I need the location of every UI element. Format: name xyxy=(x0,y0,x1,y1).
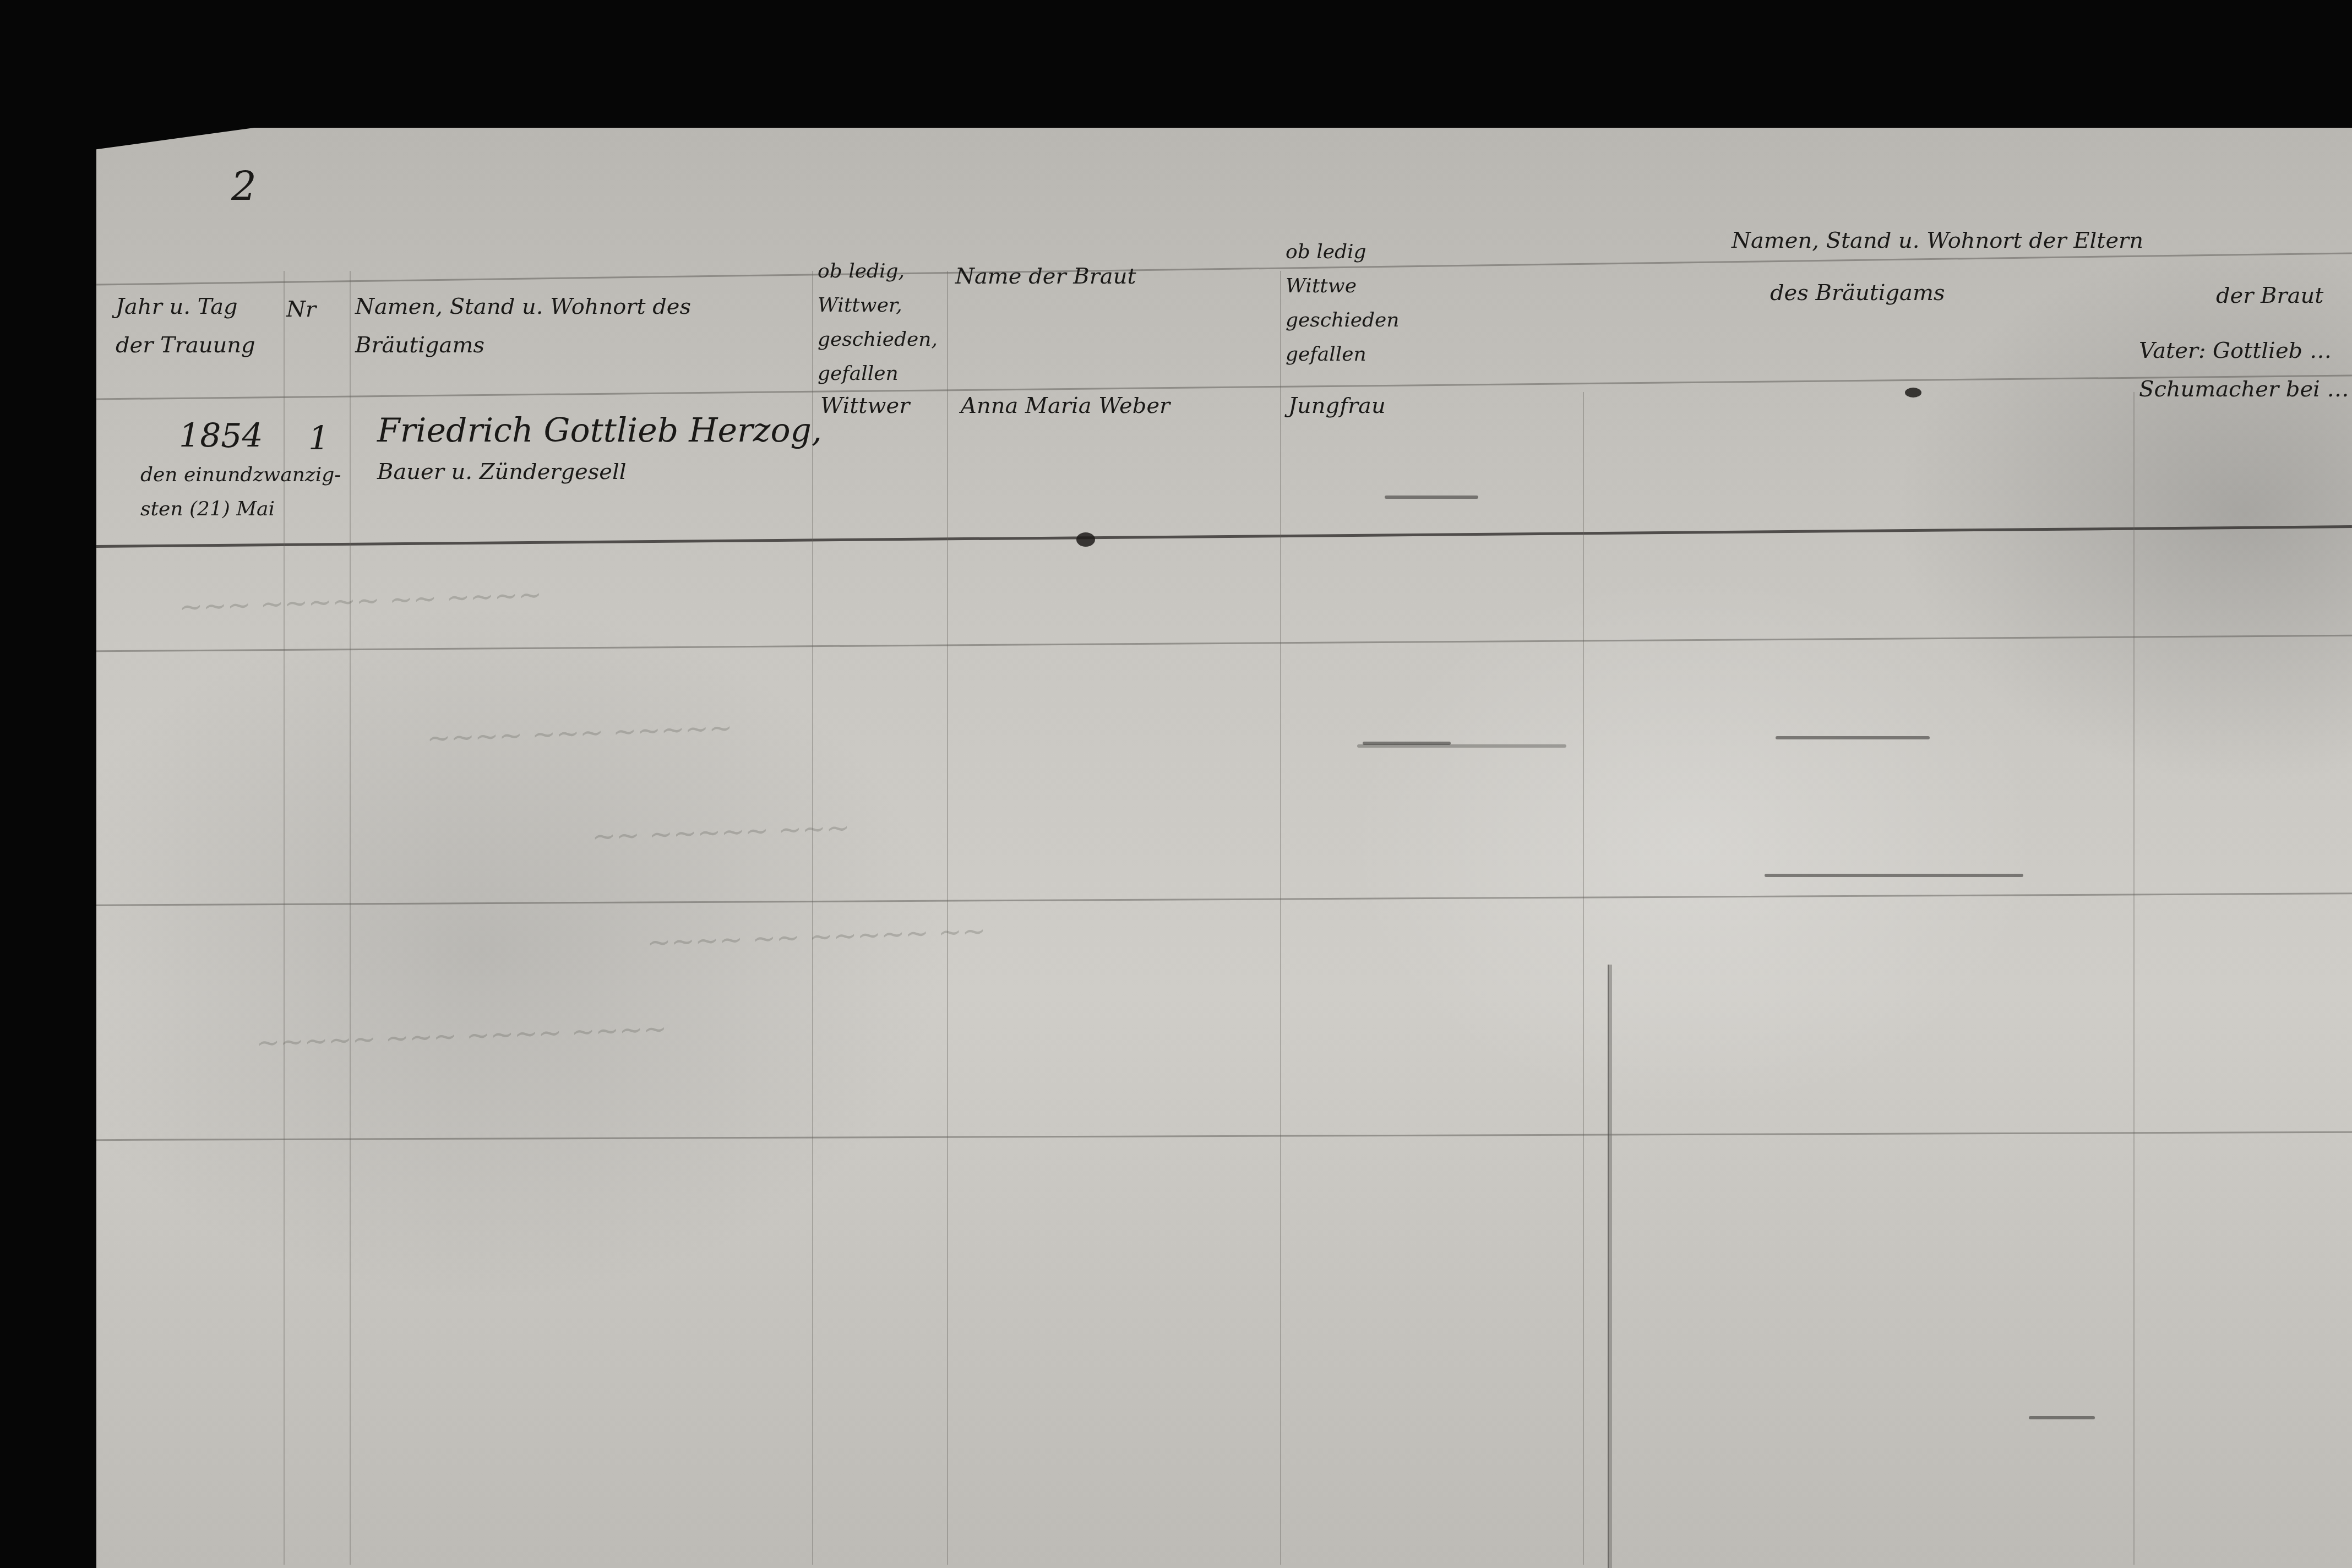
header-groom-parents: des Bräutigams xyxy=(1770,274,1945,312)
ink-dash xyxy=(1385,496,1478,499)
column-divider xyxy=(1280,271,1281,1565)
entry-bride-parents: Vater: Gottlieb … Schumacher bei … xyxy=(2139,331,2349,409)
page-number: 2 xyxy=(231,164,257,210)
page-fold xyxy=(1608,965,1612,1568)
ink-blot xyxy=(1905,388,1921,398)
row-rule xyxy=(96,1131,2352,1141)
bleed-through-text: ~~~ ~~~~~ ~~ ~~~~ xyxy=(178,579,542,624)
entry-bride-status: Jungfrau xyxy=(1288,386,1386,425)
column-divider xyxy=(350,271,351,1565)
bleed-through-text: ~~~~~ ~~~ ~~~~ ~~~~ xyxy=(255,1012,667,1060)
header-bride: Name der Braut xyxy=(955,257,1136,296)
ink-dash xyxy=(1776,736,1930,739)
header-groom-status: ob ledig, Wittwer, geschieden, gefallen xyxy=(818,254,938,391)
column-divider xyxy=(2133,392,2135,1565)
bleed-through-text: ~~~~ ~~ ~~~~~ ~~ xyxy=(646,914,987,959)
ink-blot xyxy=(1076,532,1095,547)
entry-bottom-rule xyxy=(96,525,2352,548)
entry-groom-status: Wittwer xyxy=(820,386,910,425)
header-date: Jahr u. Tag der Trauung xyxy=(116,287,255,364)
header-bride-parents: der Braut xyxy=(2216,276,2323,315)
column-divider xyxy=(1583,392,1584,1565)
photograph-frame: 2 Jahr u. Tag der Trauung Nr Namen, Stan… xyxy=(0,0,2352,1568)
row-rule xyxy=(96,635,2352,652)
header-number: Nr xyxy=(286,290,316,329)
header-groom: Namen, Stand u. Wohnort des Bräutigams xyxy=(355,287,691,364)
entry-number: 1 xyxy=(308,417,329,461)
header-bottom-rule xyxy=(96,375,2352,400)
entry-groom: Friedrich Gottlieb Herzog, Bauer u. Zünd… xyxy=(377,409,822,491)
header-parents-group: Namen, Stand u. Wohnort der Eltern xyxy=(1732,221,2143,260)
register-page: 2 Jahr u. Tag der Trauung Nr Namen, Stan… xyxy=(96,128,2352,1568)
row-rule xyxy=(96,892,2352,906)
entry-bride: Anna Maria Weber xyxy=(961,386,1170,425)
bleed-through-text: ~~~~ ~~~ ~~~~~ xyxy=(426,711,733,755)
ink-dash xyxy=(1357,744,1566,748)
ink-dash xyxy=(1765,874,2023,877)
header-bride-status: ob ledig Wittwe geschieden gefallen xyxy=(1286,235,1400,372)
ink-dash xyxy=(2029,1416,2095,1419)
